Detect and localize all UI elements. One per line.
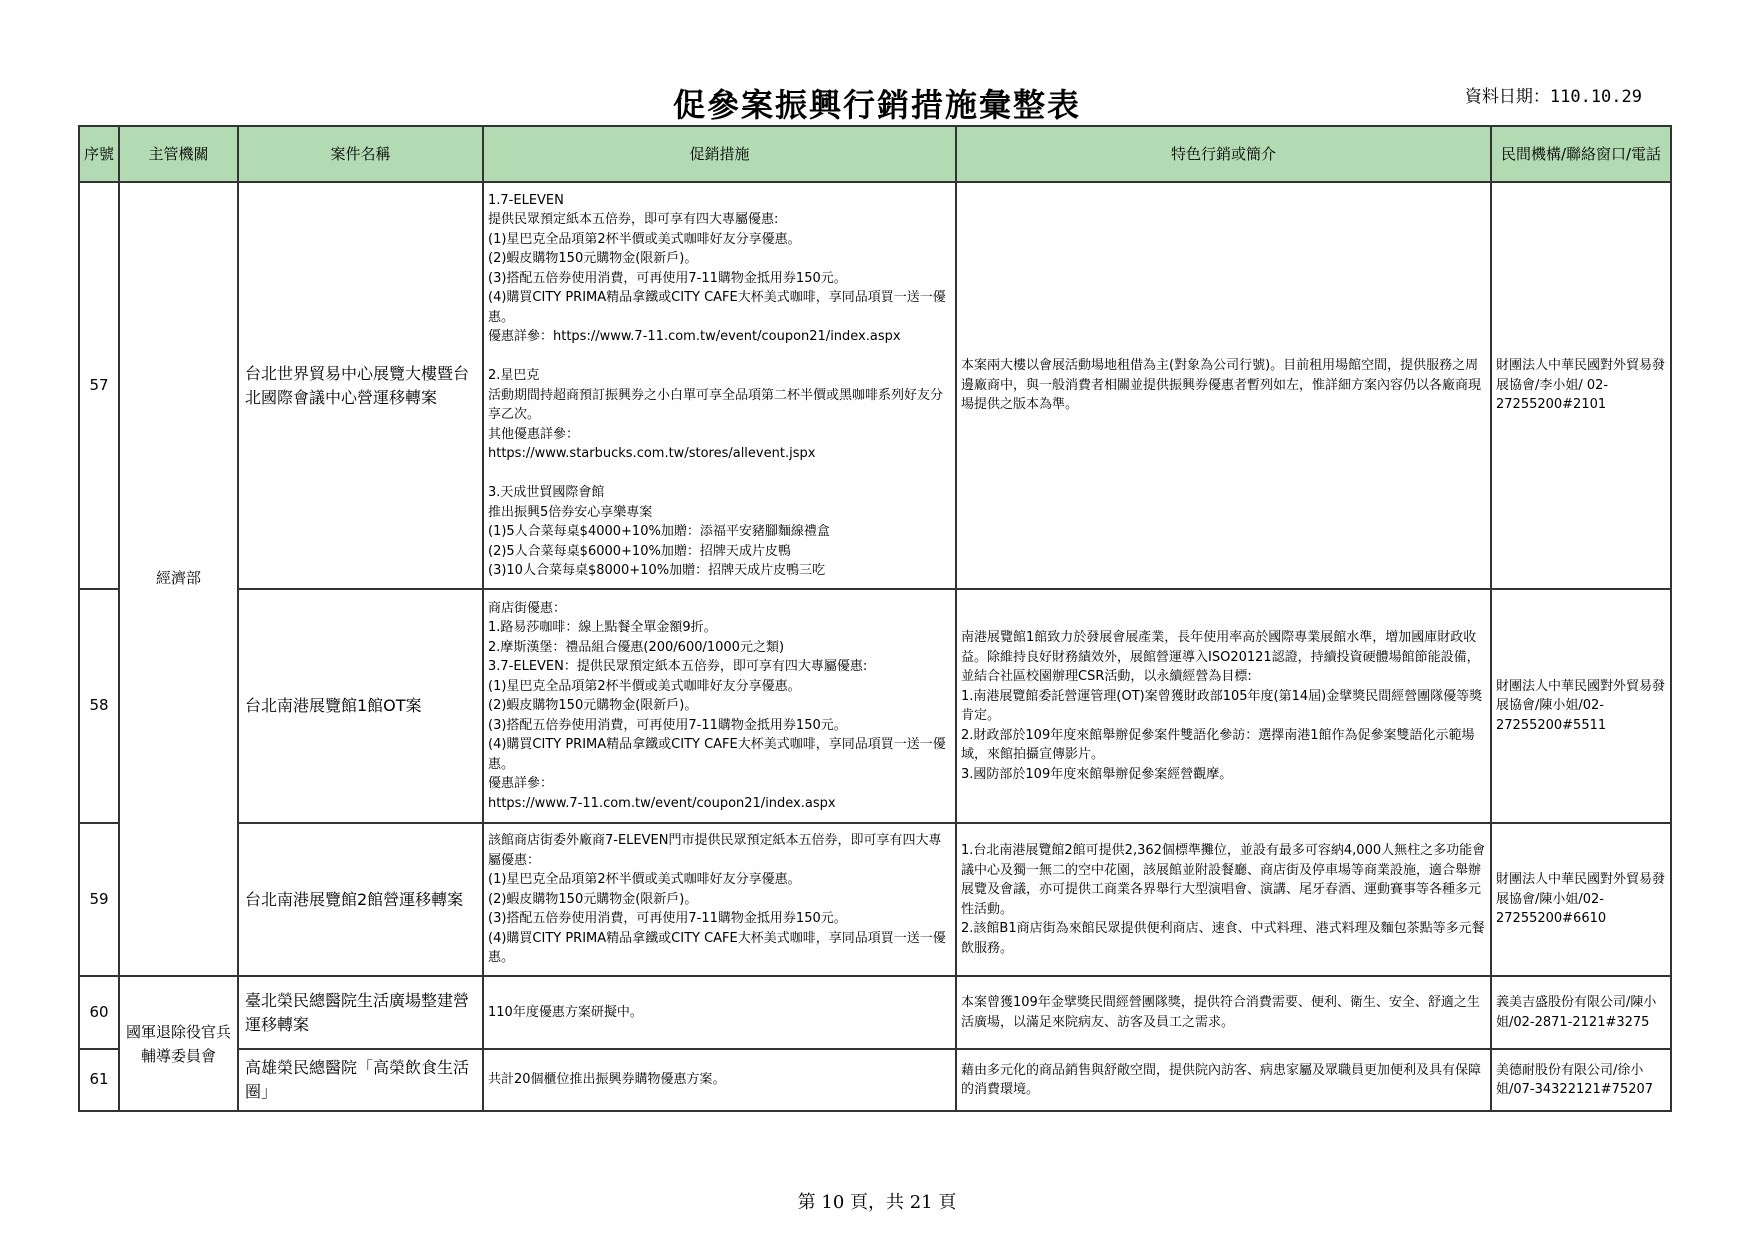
feature-text: 藉由多元化的商品銷售與舒敞空間，提供院內訪客、病患家屬及眾職員更加便利及具有保障… (956, 1049, 1491, 1111)
contact-text: 財團法人中華民國對外貿易發展協會/陳小姐/02-27255200#6610 (1491, 823, 1671, 976)
header-case: 案件名稱 (238, 126, 483, 182)
case-name: 台北南港展覽館1館OT案 (238, 589, 483, 823)
data-date: 資料日期：110.10.29 (1465, 82, 1642, 107)
promo-text: 該館商店街委外廠商7-ELEVEN門市提供民眾預定紙本五倍券，即可享有四大專屬優… (483, 823, 956, 976)
case-name: 高雄榮民總醫院「高榮飲食生活圈」 (238, 1049, 483, 1111)
table-row: 58 台北南港展覽館1館OT案 商店街優惠： 1.路易莎咖啡：線上點餐全單金額9… (79, 589, 1671, 823)
feature-text: 南港展覽館1館致力於發展會展產業，長年使用率高於國際專業展館水準，增加國庫財政收… (956, 589, 1491, 823)
promo-text: 共計20個櫃位推出振興券購物優惠方案。 (483, 1049, 956, 1111)
contact-text: 義美吉盛股份有限公司/陳小姐/02-2871-2121#3275 (1491, 976, 1671, 1049)
header-promo: 促銷措施 (483, 126, 956, 182)
row-no: 61 (79, 1049, 119, 1111)
table-row: 59 台北南港展覽館2館營運移轉案 該館商店街委外廠商7-ELEVEN門市提供民… (79, 823, 1671, 976)
table-row: 60 國軍退除役官兵輔導委員會 臺北榮民總醫院生活廣場整建營運移轉案 110年度… (79, 976, 1671, 1049)
promo-text: 110年度優惠方案研擬中。 (483, 976, 956, 1049)
promo-text: 商店街優惠： 1.路易莎咖啡：線上點餐全單金額9折。 2.摩斯漢堡：禮品組合優惠… (483, 589, 956, 823)
row-no: 59 (79, 823, 119, 976)
table-header-row: 序號 主管機關 案件名稱 促銷措施 特色行銷或簡介 民間機構/聯絡窗口/電話 (79, 126, 1671, 182)
feature-text: 1.台北南港展覽館2館可提供2,362個標準攤位，並設有最多可容納4,000人無… (956, 823, 1491, 976)
header-contact: 民間機構/聯絡窗口/電話 (1491, 126, 1671, 182)
feature-text: 本案曾獲109年金擘獎民間經營團隊獎，提供符合消費需要、便利、衛生、安全、舒適之… (956, 976, 1491, 1049)
case-name: 臺北榮民總醫院生活廣場整建營運移轉案 (238, 976, 483, 1049)
table-row: 57 經濟部 台北世界貿易中心展覽大樓暨台北國際會議中心營運移轉案 1.7-EL… (79, 182, 1671, 589)
contact-text: 財團法人中華民國對外貿易發展協會/李小姐/ 02-27255200#2101 (1491, 182, 1671, 589)
table-row: 61 高雄榮民總醫院「高榮飲食生活圈」 共計20個櫃位推出振興券購物優惠方案。 … (79, 1049, 1671, 1111)
case-name: 台北南港展覽館2館營運移轉案 (238, 823, 483, 976)
header-feature: 特色行銷或簡介 (956, 126, 1491, 182)
promotion-table: 序號 主管機關 案件名稱 促銷措施 特色行銷或簡介 民間機構/聯絡窗口/電話 5… (78, 125, 1672, 1112)
row-no: 58 (79, 589, 119, 823)
page-number: 第 10 頁，共 21 頁 (0, 1188, 1754, 1214)
header-no: 序號 (79, 126, 119, 182)
header-agency: 主管機關 (119, 126, 238, 182)
contact-text: 美德耐股份有限公司/徐小姐/07-34322121#75207 (1491, 1049, 1671, 1111)
row-no: 60 (79, 976, 119, 1049)
agency-cell: 經濟部 (119, 182, 238, 976)
contact-text: 財團法人中華民國對外貿易發展協會/陳小姐/02-27255200#5511 (1491, 589, 1671, 823)
row-no: 57 (79, 182, 119, 589)
feature-text: 本案兩大樓以會展活動場地租借為主(對象為公司行號)。目前租用場館空間，提供服務之… (956, 182, 1491, 589)
case-name: 台北世界貿易中心展覽大樓暨台北國際會議中心營運移轉案 (238, 182, 483, 589)
promo-text: 1.7-ELEVEN 提供民眾預定紙本五倍券，即可享有四大專屬優惠: (1)星巴… (483, 182, 956, 589)
agency-cell: 國軍退除役官兵輔導委員會 (119, 976, 238, 1111)
